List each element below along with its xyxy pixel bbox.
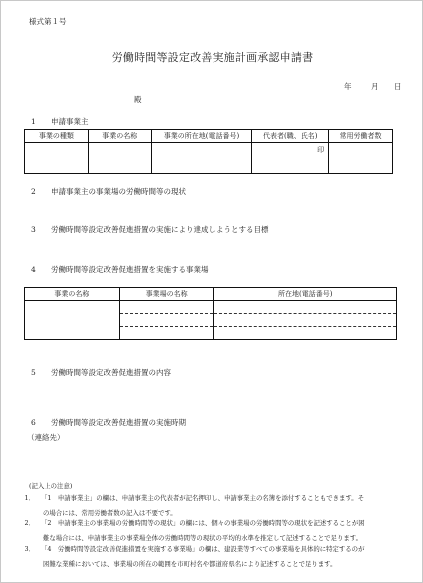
- workplace-name-cell[interactable]: [119, 314, 214, 327]
- section-number: 4: [31, 265, 51, 274]
- section-5-heading: 5労働時間等設定改善促進措置の内容: [31, 367, 171, 378]
- header-business-name: 事業の名称: [25, 288, 120, 301]
- note-text: 「1 申請事業主」の欄は、申請事業主の代表者が記名押印し、申請事業主の名簿を添付…: [41, 494, 364, 502]
- business-address-cell[interactable]: [151, 143, 252, 174]
- section-number: 5: [31, 368, 51, 377]
- workplace-address-cell[interactable]: [214, 301, 397, 314]
- workplace-address-cell[interactable]: [214, 327, 397, 340]
- representative-cell[interactable]: 印: [252, 143, 329, 174]
- header-workplace-name: 事業場の名称: [119, 288, 214, 301]
- section-label: 労働時間等設定改善促進措置の実施時期: [51, 418, 186, 427]
- header-business-type: 事業の種類: [25, 130, 89, 143]
- section-3-heading: 3労働時間等設定改善促進措置の実施により達成しようとする目標: [31, 224, 269, 235]
- date-year-label: 年: [344, 81, 352, 92]
- section-number: 2: [31, 187, 51, 196]
- note-text: 「4 労働時間等設定改善促進措置を実施する事業場」の欄は、建設業等すべての事業場…: [41, 545, 364, 553]
- contact-label: （連絡先）: [27, 432, 65, 443]
- document-title: 労働時間等設定改善実施計画承認申請書: [1, 49, 423, 65]
- section-2-heading: 2申請事業主の事業場の労働時間等の現状: [31, 186, 186, 197]
- workplace-address-cell[interactable]: [214, 314, 397, 327]
- note-item-1-continuation: の場合には、常用労働者数の記入は不要です。: [43, 508, 177, 517]
- note-item-2: 2．「2 申請事業主の事業場の労働時間等の現状」の欄には、個々の事業場の労働時間…: [13, 517, 365, 530]
- section-label: 労働時間等設定改善促進措置の実施により達成しようとする目標: [51, 225, 269, 234]
- workplace-name-cell[interactable]: [119, 327, 214, 340]
- section-4-heading: 4労働時間等設定改善促進措置を実施する事業場: [31, 264, 209, 275]
- workplace-table: 事業の名称 事業場の名称 所在地(電話番号): [24, 287, 397, 340]
- header-representative: 代表者(職、氏名): [252, 130, 329, 143]
- note-item-2-continuation: 難な場合には、申請事業主の事業場全体の労働時間等の現状の平均的水準を推定して記述…: [43, 533, 362, 542]
- header-business-name: 事業の名称: [88, 130, 151, 143]
- applicant-table: 事業の種類 事業の名称 事業の所在地(電話番号) 代表者(職、氏名) 常用労働者…: [24, 129, 393, 174]
- table-header-row: 事業の種類 事業の名称 事業の所在地(電話番号) 代表者(職、氏名) 常用労働者…: [25, 130, 393, 143]
- document-page: 様式第１号 労働時間等設定改善実施計画承認申請書 年 月 日 殿 1申請事業主 …: [0, 0, 423, 583]
- section-number: 3: [31, 225, 51, 234]
- section-1-heading: 1申請事業主: [31, 116, 89, 127]
- section-number: 6: [31, 418, 51, 427]
- table-row: [25, 301, 397, 314]
- note-number: 2．: [13, 517, 35, 530]
- business-type-cell[interactable]: [25, 143, 89, 174]
- workplace-name-cell[interactable]: [119, 301, 214, 314]
- section-number: 1: [31, 117, 51, 126]
- note-number: 1．: [13, 492, 35, 505]
- note-item-1: 1．「1 申請事業主」の欄は、申請事業主の代表者が記名押印し、申請事業主の名簿を…: [13, 492, 364, 505]
- note-text: 「2 申請事業主の事業場の労働時間等の現状」の欄には、個々の事業場の労働時間等の…: [41, 519, 365, 527]
- note-item-3: 3．「4 労働時間等設定改善促進措置を実施する事業場」の欄は、建設業等すべての事…: [13, 543, 364, 556]
- employee-count-cell[interactable]: [329, 143, 393, 174]
- date-month-label: 月: [371, 81, 379, 92]
- header-employee-count: 常用労働者数: [329, 130, 393, 143]
- section-6-heading: 6労働時間等設定改善促進措置の実施時期: [31, 417, 186, 428]
- table-row: 印: [25, 143, 393, 174]
- notes-heading: (記入上の注意): [29, 481, 72, 490]
- seal-mark: 印: [317, 146, 324, 154]
- business-name-cell[interactable]: [88, 143, 151, 174]
- header-business-address: 事業の所在地(電話番号): [151, 130, 252, 143]
- business-name-cell[interactable]: [25, 301, 120, 340]
- section-label: 労働時間等設定改善促進措置を実施する事業場: [51, 265, 209, 274]
- form-number: 様式第１号: [29, 16, 67, 27]
- header-workplace-address: 所在地(電話番号): [214, 288, 397, 301]
- section-label: 労働時間等設定改善促進措置の内容: [51, 368, 171, 377]
- section-label: 申請事業主の事業場の労働時間等の現状: [51, 187, 186, 196]
- table-header-row: 事業の名称 事業場の名称 所在地(電話番号): [25, 288, 397, 301]
- addressee-suffix: 殿: [134, 94, 142, 105]
- date-day-label: 日: [394, 81, 402, 92]
- note-item-3-continuation: 困難な業種においては、事業場の所在の範囲を市町村名や都道府県名により記述すること…: [43, 559, 336, 568]
- note-number: 3．: [13, 543, 35, 556]
- section-label: 申請事業主: [51, 117, 89, 126]
